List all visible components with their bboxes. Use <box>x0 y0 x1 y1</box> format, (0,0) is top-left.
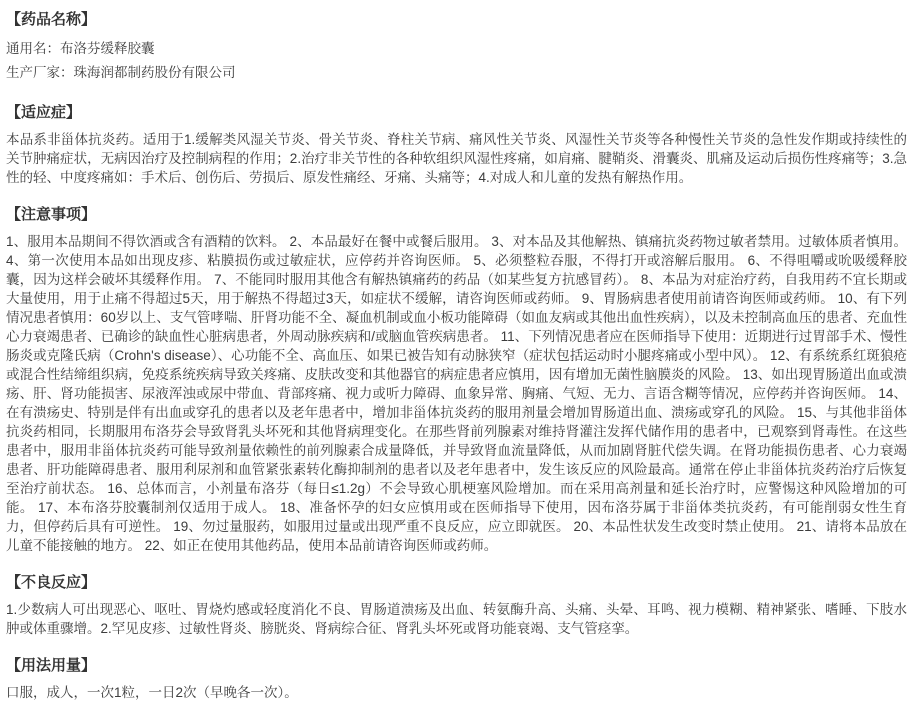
section-dosage: 【用法用量】 口服，成人，一次1粒，一日2次（早晚各一次）。 <box>6 656 907 702</box>
section-adverse-reactions: 【不良反应】 1.少数病人可出现恶心、呕吐、胃烧灼感或轻度消化不良、胃肠道溃疡及… <box>6 573 907 638</box>
section-drug-name: 【药品名称】 通用名：布洛芬缓释胶囊 生产厂家：珠海润都制药股份有限公司 <box>6 10 907 85</box>
indications-heading: 【适应症】 <box>6 103 907 123</box>
manufacturer-line: 生产厂家：珠海润都制药股份有限公司 <box>6 61 907 85</box>
precautions-heading: 【注意事项】 <box>6 205 907 225</box>
indications-body: 本品系非甾体抗炎药。适用于1.缓解类风湿关节炎、骨关节炎、脊柱关节病、痛风性关节… <box>6 130 907 187</box>
section-precautions: 【注意事项】 1、服用本品期间不得饮酒或含有酒精的饮料。 2、本品最好在餐中或餐… <box>6 205 907 555</box>
section-indications: 【适应症】 本品系非甾体抗炎药。适用于1.缓解类风湿关节炎、骨关节炎、脊柱关节病… <box>6 103 907 187</box>
generic-name-line: 通用名：布洛芬缓释胶囊 <box>6 37 907 61</box>
precautions-body: 1、服用本品期间不得饮酒或含有酒精的饮料。 2、本品最好在餐中或餐后服用。 3、… <box>6 232 907 555</box>
drug-leaflet-document: 【药品名称】 通用名：布洛芬缓释胶囊 生产厂家：珠海润都制药股份有限公司 【适应… <box>0 0 914 714</box>
drug-name-heading: 【药品名称】 <box>6 10 907 30</box>
adverse-reactions-heading: 【不良反应】 <box>6 573 907 593</box>
dosage-heading: 【用法用量】 <box>6 656 907 676</box>
dosage-body: 口服，成人，一次1粒，一日2次（早晚各一次）。 <box>6 683 907 702</box>
adverse-reactions-body: 1.少数病人可出现恶心、呕吐、胃烧灼感或轻度消化不良、胃肠道溃疡及出血、转氨酶升… <box>6 600 907 638</box>
